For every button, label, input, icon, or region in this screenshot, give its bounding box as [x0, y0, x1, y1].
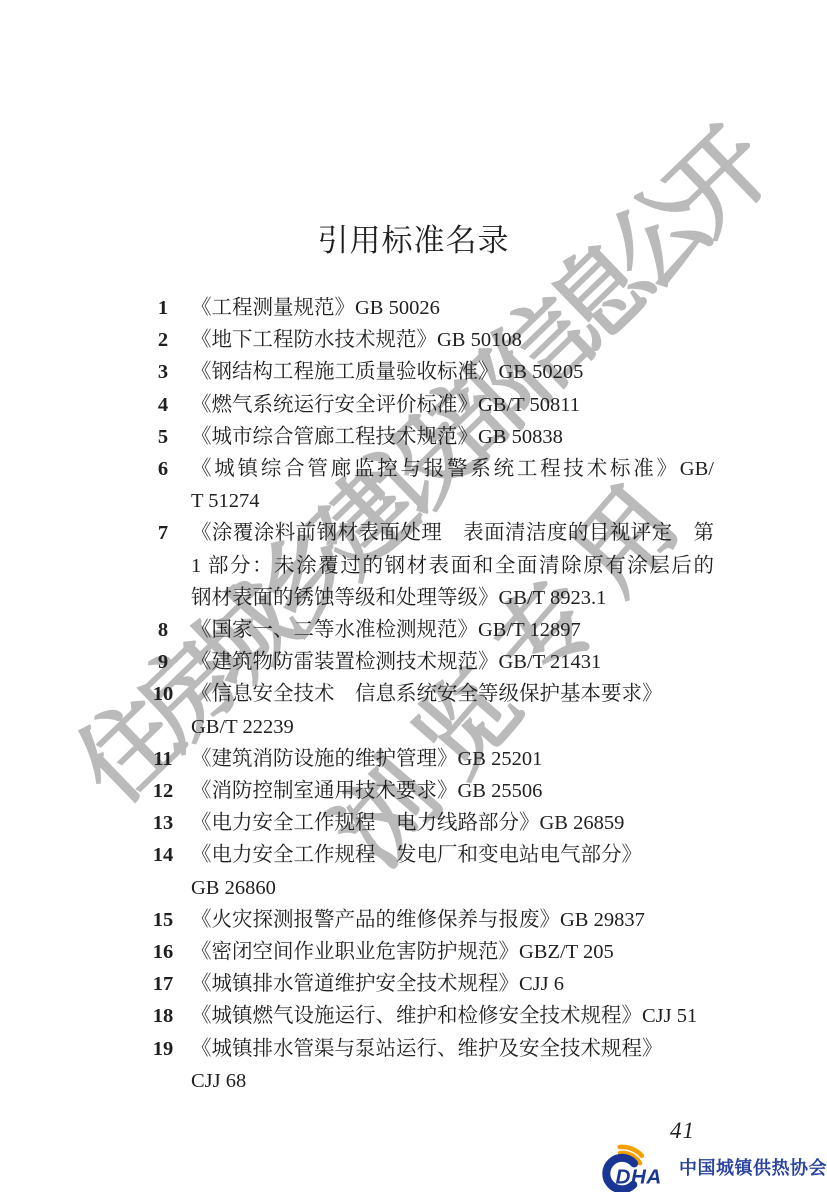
list-item-line: 《建筑消防设施的维护管理》GB 25201	[191, 743, 714, 775]
list-item: 3 《钢结构工程施工质量验收标准》GB 50205	[145, 356, 712, 388]
list-item-line: 《燃气系统运行安全评价标准》GB/T 50811	[191, 389, 714, 421]
item-text: 《地下工程防水技术规范》GB 50108	[191, 324, 714, 356]
list-item: 19 《城镇排水管渠与泵站运行、维护及安全技术规程》CJJ 68	[145, 1033, 712, 1097]
item-text: 《工程测量规范》GB 50026	[191, 292, 714, 324]
item-number: 16	[145, 936, 181, 968]
list-item: 13 《电力安全工作规程 电力线路部分》GB 26859	[145, 807, 712, 839]
item-number: 9	[145, 646, 181, 678]
logo-mark: DHA	[597, 1142, 671, 1192]
list-item-line: 《电力安全工作规程 电力线路部分》GB 26859	[191, 807, 714, 839]
list-item-line: 《密闭空间作业职业危害防护规范》GBZ/T 205	[191, 936, 714, 968]
list-item: 12 《消防控制室通用技术要求》GB 25506	[145, 775, 712, 807]
list-item-line: GB 26860	[191, 872, 714, 904]
logo-acronym: DHA	[616, 1165, 662, 1188]
item-text: 《钢结构工程施工质量验收标准》GB 50205	[191, 356, 714, 388]
list-item: 14 《电力安全工作规程 发电厂和变电站电气部分》GB 26860	[145, 839, 712, 903]
list-item: 5 《城市综合管廊工程技术规范》GB 50838	[145, 421, 712, 453]
list-item-line: 《城镇综合管廊监控与报警系统工程技术标准》GB/	[191, 453, 714, 485]
item-text: 《消防控制室通用技术要求》GB 25506	[191, 775, 714, 807]
item-number: 2	[145, 324, 181, 356]
item-text: 《城镇燃气设施运行、维护和检修安全技术规程》CJJ 51	[191, 1000, 714, 1032]
list-item-line: 《建筑物防雷装置检测技术规范》GB/T 21431	[191, 646, 714, 678]
item-number: 13	[145, 807, 181, 839]
list-item: 9 《建筑物防雷装置检测技术规范》GB/T 21431	[145, 646, 712, 678]
list-item-line: 《城镇排水管道维护安全技术规程》CJJ 6	[191, 968, 714, 1000]
item-text: 《城镇排水管渠与泵站运行、维护及安全技术规程》CJJ 68	[191, 1033, 714, 1097]
list-item-line: 《钢结构工程施工质量验收标准》GB 50205	[191, 356, 714, 388]
document-page: 住房城乡建设部信息公开 浏览专用 引用标准名录 1 《工程测量规范》GB 500…	[0, 0, 827, 1198]
list-item-line: GB/T 22239	[191, 711, 714, 743]
item-text: 《建筑消防设施的维护管理》GB 25201	[191, 743, 714, 775]
item-text: 《信息安全技术 信息系统安全等级保护基本要求》GB/T 22239	[191, 678, 714, 742]
item-text: 《电力安全工作规程 电力线路部分》GB 26859	[191, 807, 714, 839]
item-number: 10	[145, 678, 181, 710]
list-item: 7 《涂覆涂料前钢材表面处理 表面清洁度的目视评定 第1 部分：未涂覆过的钢材表…	[145, 517, 712, 614]
list-item-line: 《城镇排水管渠与泵站运行、维护及安全技术规程》	[191, 1033, 714, 1065]
list-item: 15 《火灾探测报警产品的维修保养与报废》GB 29837	[145, 904, 712, 936]
list-item: 8 《国家一、二等水准检测规范》GB/T 12897	[145, 614, 712, 646]
item-number: 6	[145, 453, 181, 485]
list-item-line: 《涂覆涂料前钢材表面处理 表面清洁度的目视评定 第	[191, 517, 714, 549]
item-text: 《城镇综合管廊监控与报警系统工程技术标准》GB/T 51274	[191, 453, 714, 517]
item-number: 18	[145, 1000, 181, 1032]
list-item-line: 《电力安全工作规程 发电厂和变电站电气部分》	[191, 839, 714, 871]
list-item: 6 《城镇综合管廊监控与报警系统工程技术标准》GB/T 51274	[145, 453, 712, 517]
association-logo: DHA 中国城镇供热协会	[597, 1140, 827, 1194]
list-item: 18 《城镇燃气设施运行、维护和检修安全技术规程》CJJ 51	[145, 1000, 712, 1032]
list-item-line: CJJ 68	[191, 1065, 714, 1097]
item-number: 5	[145, 421, 181, 453]
list-item-line: 《信息安全技术 信息系统安全等级保护基本要求》	[191, 678, 714, 710]
list-item: 4 《燃气系统运行安全评价标准》GB/T 50811	[145, 389, 712, 421]
item-number: 1	[145, 292, 181, 324]
item-number: 15	[145, 904, 181, 936]
item-text: 《城市综合管廊工程技术规范》GB 50838	[191, 421, 714, 453]
item-number: 8	[145, 614, 181, 646]
list-item: 16 《密闭空间作业职业危害防护规范》GBZ/T 205	[145, 936, 712, 968]
item-number: 11	[145, 743, 181, 775]
item-text: 《密闭空间作业职业危害防护规范》GBZ/T 205	[191, 936, 714, 968]
list-item-line: 《火灾探测报警产品的维修保养与报废》GB 29837	[191, 904, 714, 936]
list-item-line: 钢材表面的锈蚀等级和处理等级》GB/T 8923.1	[191, 582, 714, 614]
item-text: 《建筑物防雷装置检测技术规范》GB/T 21431	[191, 646, 714, 678]
list-item: 1 《工程测量规范》GB 50026	[145, 292, 712, 324]
item-number: 4	[145, 389, 181, 421]
association-name: 中国城镇供热协会	[679, 1154, 827, 1180]
item-text: 《涂覆涂料前钢材表面处理 表面清洁度的目视评定 第1 部分：未涂覆过的钢材表面和…	[191, 517, 714, 614]
list-item-line: 1 部分：未涂覆过的钢材表面和全面清除原有涂层后的	[191, 550, 714, 582]
list-item-line: 《国家一、二等水准检测规范》GB/T 12897	[191, 614, 714, 646]
item-number: 12	[145, 775, 181, 807]
item-text: 《国家一、二等水准检测规范》GB/T 12897	[191, 614, 714, 646]
list-item: 11 《建筑消防设施的维护管理》GB 25201	[145, 743, 712, 775]
list-item-line: 《消防控制室通用技术要求》GB 25506	[191, 775, 714, 807]
list-item-line: 《城镇燃气设施运行、维护和检修安全技术规程》CJJ 51	[191, 1000, 714, 1032]
list-item: 10 《信息安全技术 信息系统安全等级保护基本要求》GB/T 22239	[145, 678, 712, 742]
list-item: 17 《城镇排水管道维护安全技术规程》CJJ 6	[145, 968, 712, 1000]
list-item-line: 《地下工程防水技术规范》GB 50108	[191, 324, 714, 356]
list-item-line: 《城市综合管廊工程技术规范》GB 50838	[191, 421, 714, 453]
item-number: 7	[145, 517, 181, 549]
item-number: 17	[145, 968, 181, 1000]
item-text: 《城镇排水管道维护安全技术规程》CJJ 6	[191, 968, 714, 1000]
page-title: 引用标准名录	[0, 223, 827, 259]
item-text: 《电力安全工作规程 发电厂和变电站电气部分》GB 26860	[191, 839, 714, 903]
item-text: 《火灾探测报警产品的维修保养与报废》GB 29837	[191, 904, 714, 936]
item-number: 14	[145, 839, 181, 871]
item-number: 3	[145, 356, 181, 388]
list-item-line: 《工程测量规范》GB 50026	[191, 292, 714, 324]
item-number: 19	[145, 1033, 181, 1065]
list-item: 2 《地下工程防水技术规范》GB 50108	[145, 324, 712, 356]
item-text: 《燃气系统运行安全评价标准》GB/T 50811	[191, 389, 714, 421]
standards-list: 1 《工程测量规范》GB 50026 2 《地下工程防水技术规范》GB 5010…	[145, 292, 712, 1097]
list-item-line: T 51274	[191, 485, 714, 517]
